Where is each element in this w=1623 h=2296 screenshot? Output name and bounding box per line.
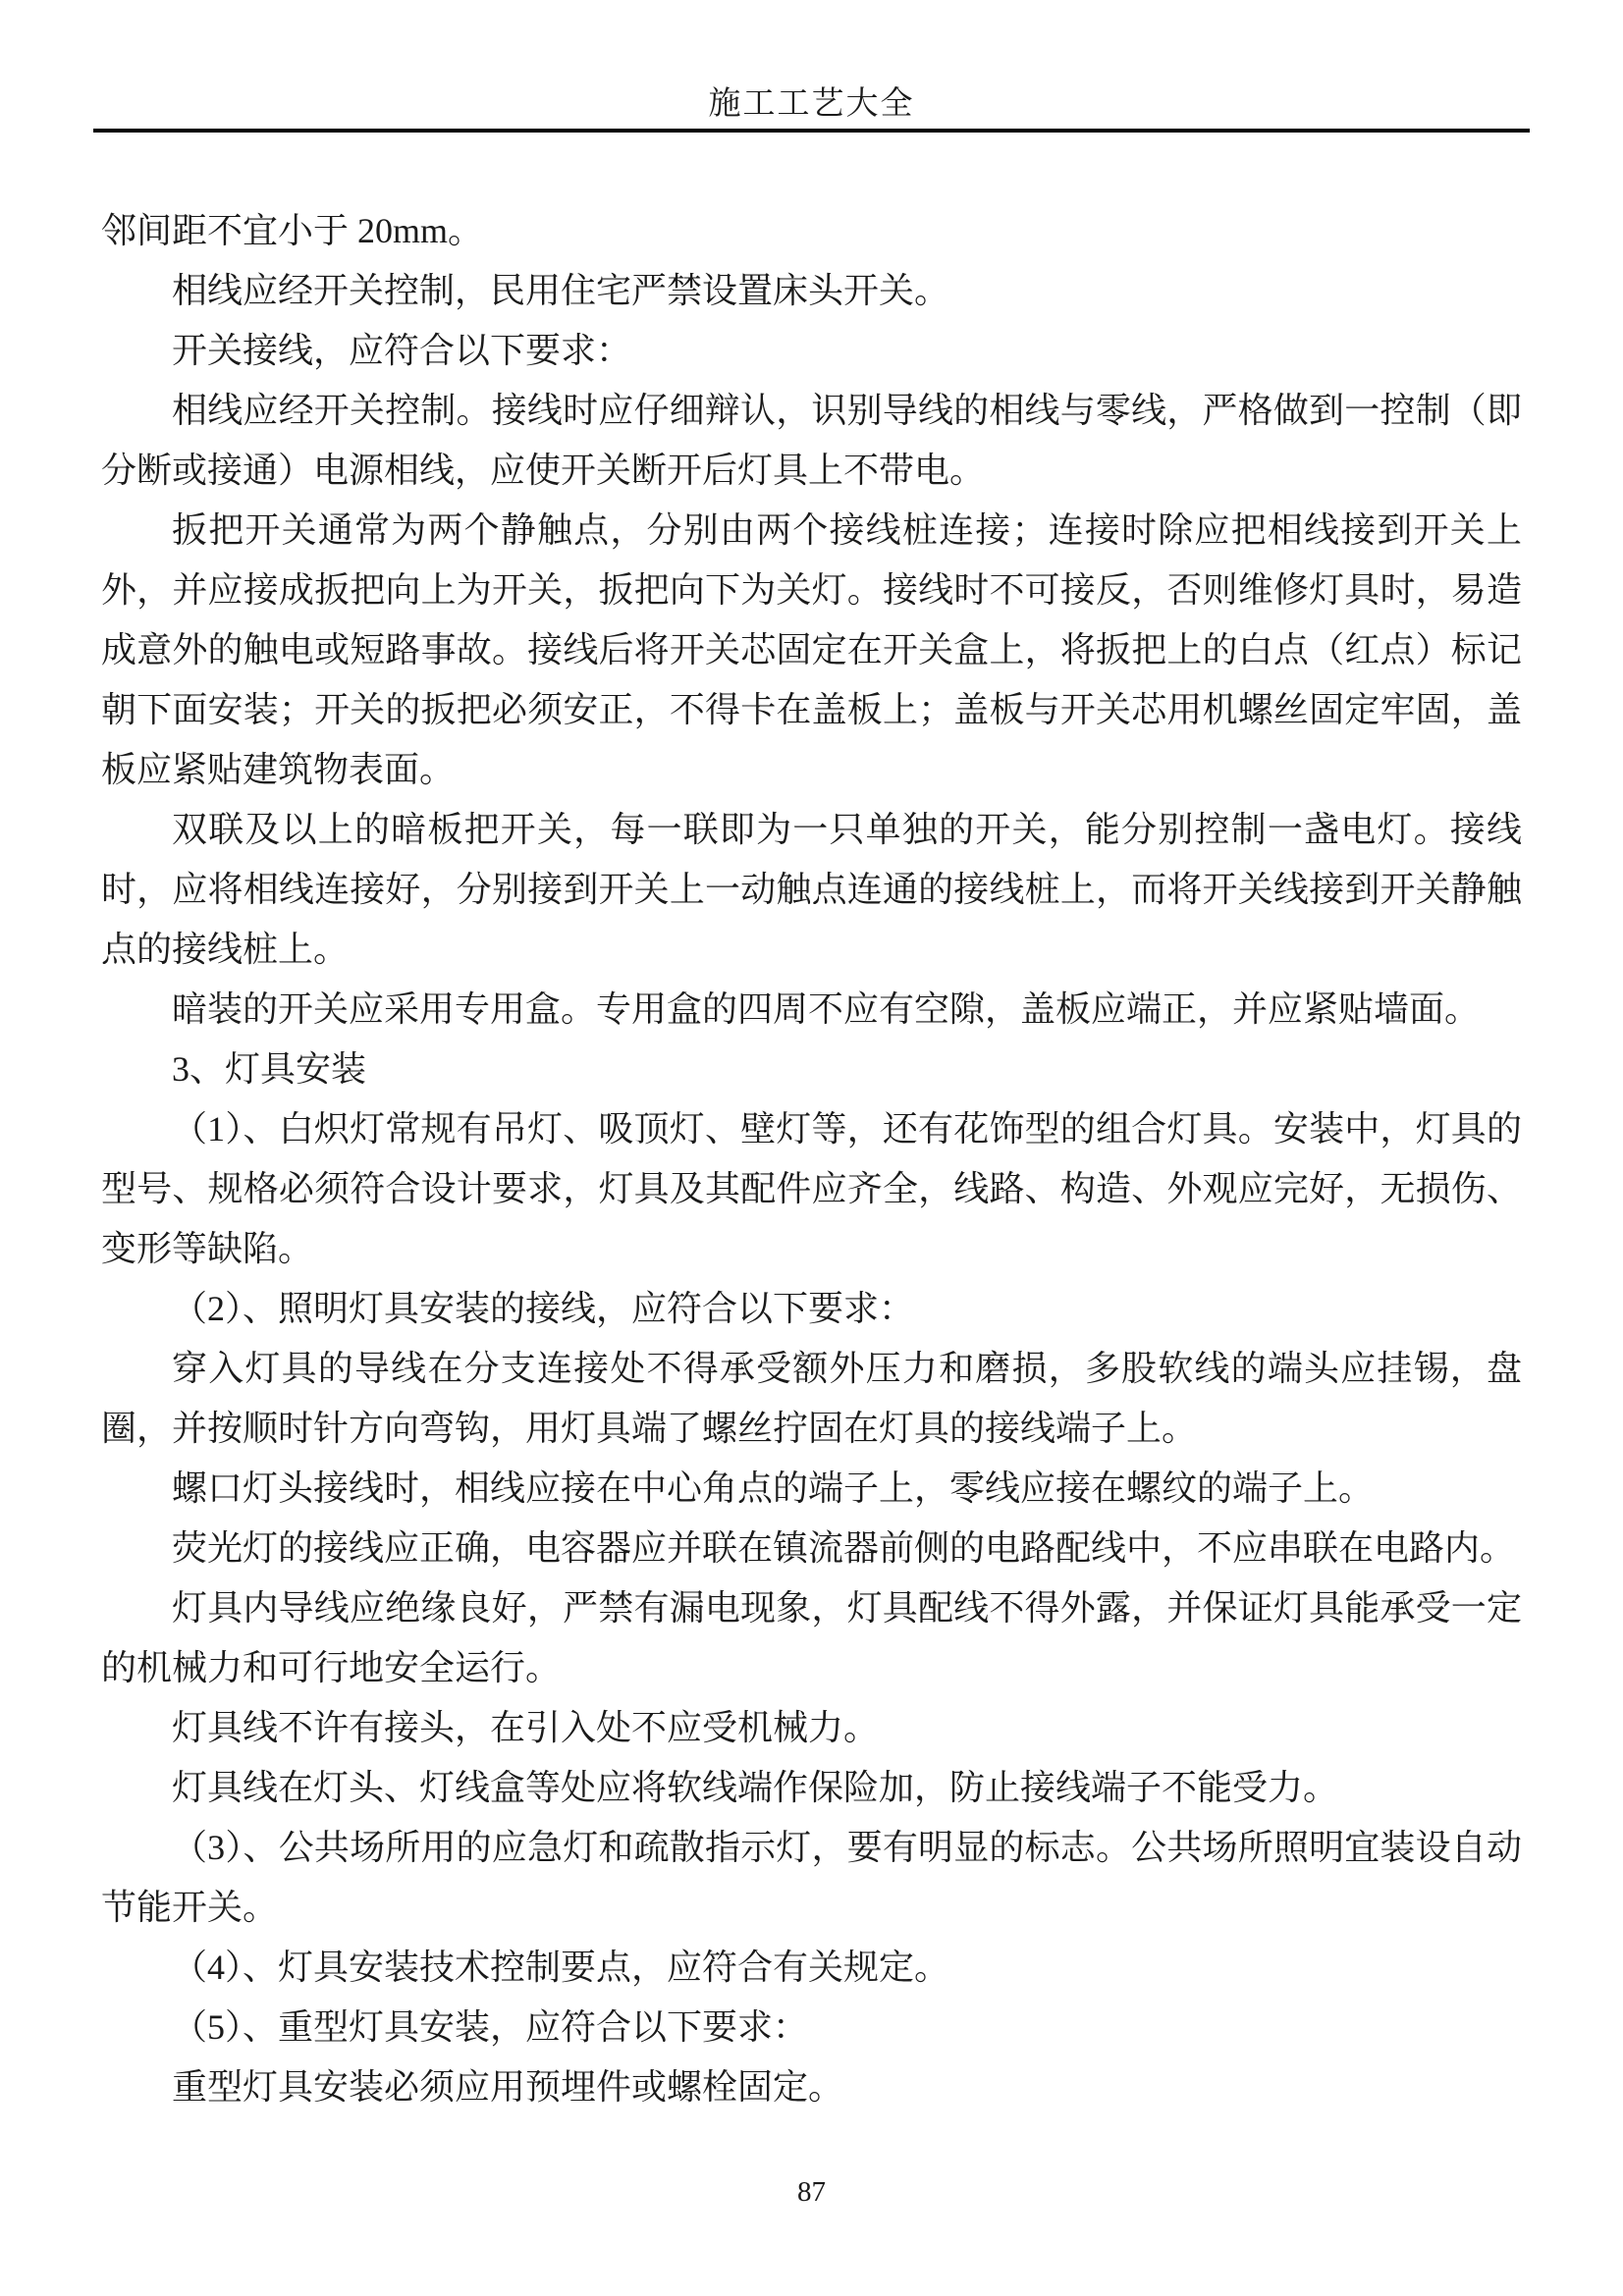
- paragraph: 相线应经开关控制。接线时应仔细辩认，识别导线的相线与零线，严格做到一控制（即分断…: [101, 381, 1522, 501]
- paragraph: 螺口灯头接线时，相线应接在中心角点的端子上，零线应接在螺纹的端子上。: [101, 1459, 1522, 1519]
- paragraph: 邻间距不宜小于 20mm。: [101, 201, 1522, 261]
- paragraph: 暗装的开关应采用专用盒。专用盒的四周不应有空隙，盖板应端正，并应紧贴墙面。: [101, 980, 1522, 1040]
- paragraph: （2）、照明灯具安装的接线，应符合以下要求：: [101, 1279, 1522, 1339]
- paragraph: （1）、白炽灯常规有吊灯、吸顶灯、壁灯等，还有花饰型的组合灯具。安装中，灯具的型…: [101, 1099, 1522, 1279]
- document-body: 邻间距不宜小于 20mm。 相线应经开关控制，民用住宅严禁设置床头开关。 开关接…: [101, 201, 1522, 2117]
- paragraph: （3）、公共场所用的应急灯和疏散指示灯，要有明显的标志。公共场所照明宜装设自动节…: [101, 1818, 1522, 1938]
- paragraph-section-heading: 3、灯具安装: [101, 1040, 1522, 1099]
- paragraph: 灯具线在灯头、灯线盒等处应将软线端作保险加，防止接线端子不能受力。: [101, 1758, 1522, 1818]
- paragraph: 开关接线，应符合以下要求：: [101, 321, 1522, 381]
- page-header-title: 施工工艺大全: [0, 86, 1623, 122]
- paragraph: 重型灯具安装必须应用预埋件或螺栓固定。: [101, 2057, 1522, 2117]
- paragraph: 灯具线不许有接头，在引入处不应受机械力。: [101, 1698, 1522, 1758]
- paragraph: 荧光灯的接线应正确，电容器应并联在镇流器前侧的电路配线中，不应串联在电路内。: [101, 1519, 1522, 1578]
- paragraph: 相线应经开关控制，民用住宅严禁设置床头开关。: [101, 261, 1522, 321]
- paragraph: （4）、灯具安装技术控制要点，应符合有关规定。: [101, 1938, 1522, 1998]
- document-page: 施工工艺大全 邻间距不宜小于 20mm。 相线应经开关控制，民用住宅严禁设置床头…: [0, 0, 1623, 2296]
- paragraph: （5）、重型灯具安装，应符合以下要求：: [101, 1998, 1522, 2057]
- paragraph: 双联及以上的暗板把开关，每一联即为一只单独的开关，能分别控制一盏电灯。接线时，应…: [101, 800, 1522, 980]
- paragraph: 灯具内导线应绝缘良好，严禁有漏电现象，灯具配线不得外露，并保证灯具能承受一定的机…: [101, 1578, 1522, 1698]
- header-rule: [93, 129, 1530, 133]
- page-number: 87: [0, 2175, 1623, 2209]
- paragraph: 穿入灯具的导线在分支连接处不得承受额外压力和磨损，多股软线的端头应挂锡，盘圈，并…: [101, 1339, 1522, 1459]
- paragraph: 扳把开关通常为两个静触点，分别由两个接线桩连接；连接时除应把相线接到开关上外，并…: [101, 501, 1522, 800]
